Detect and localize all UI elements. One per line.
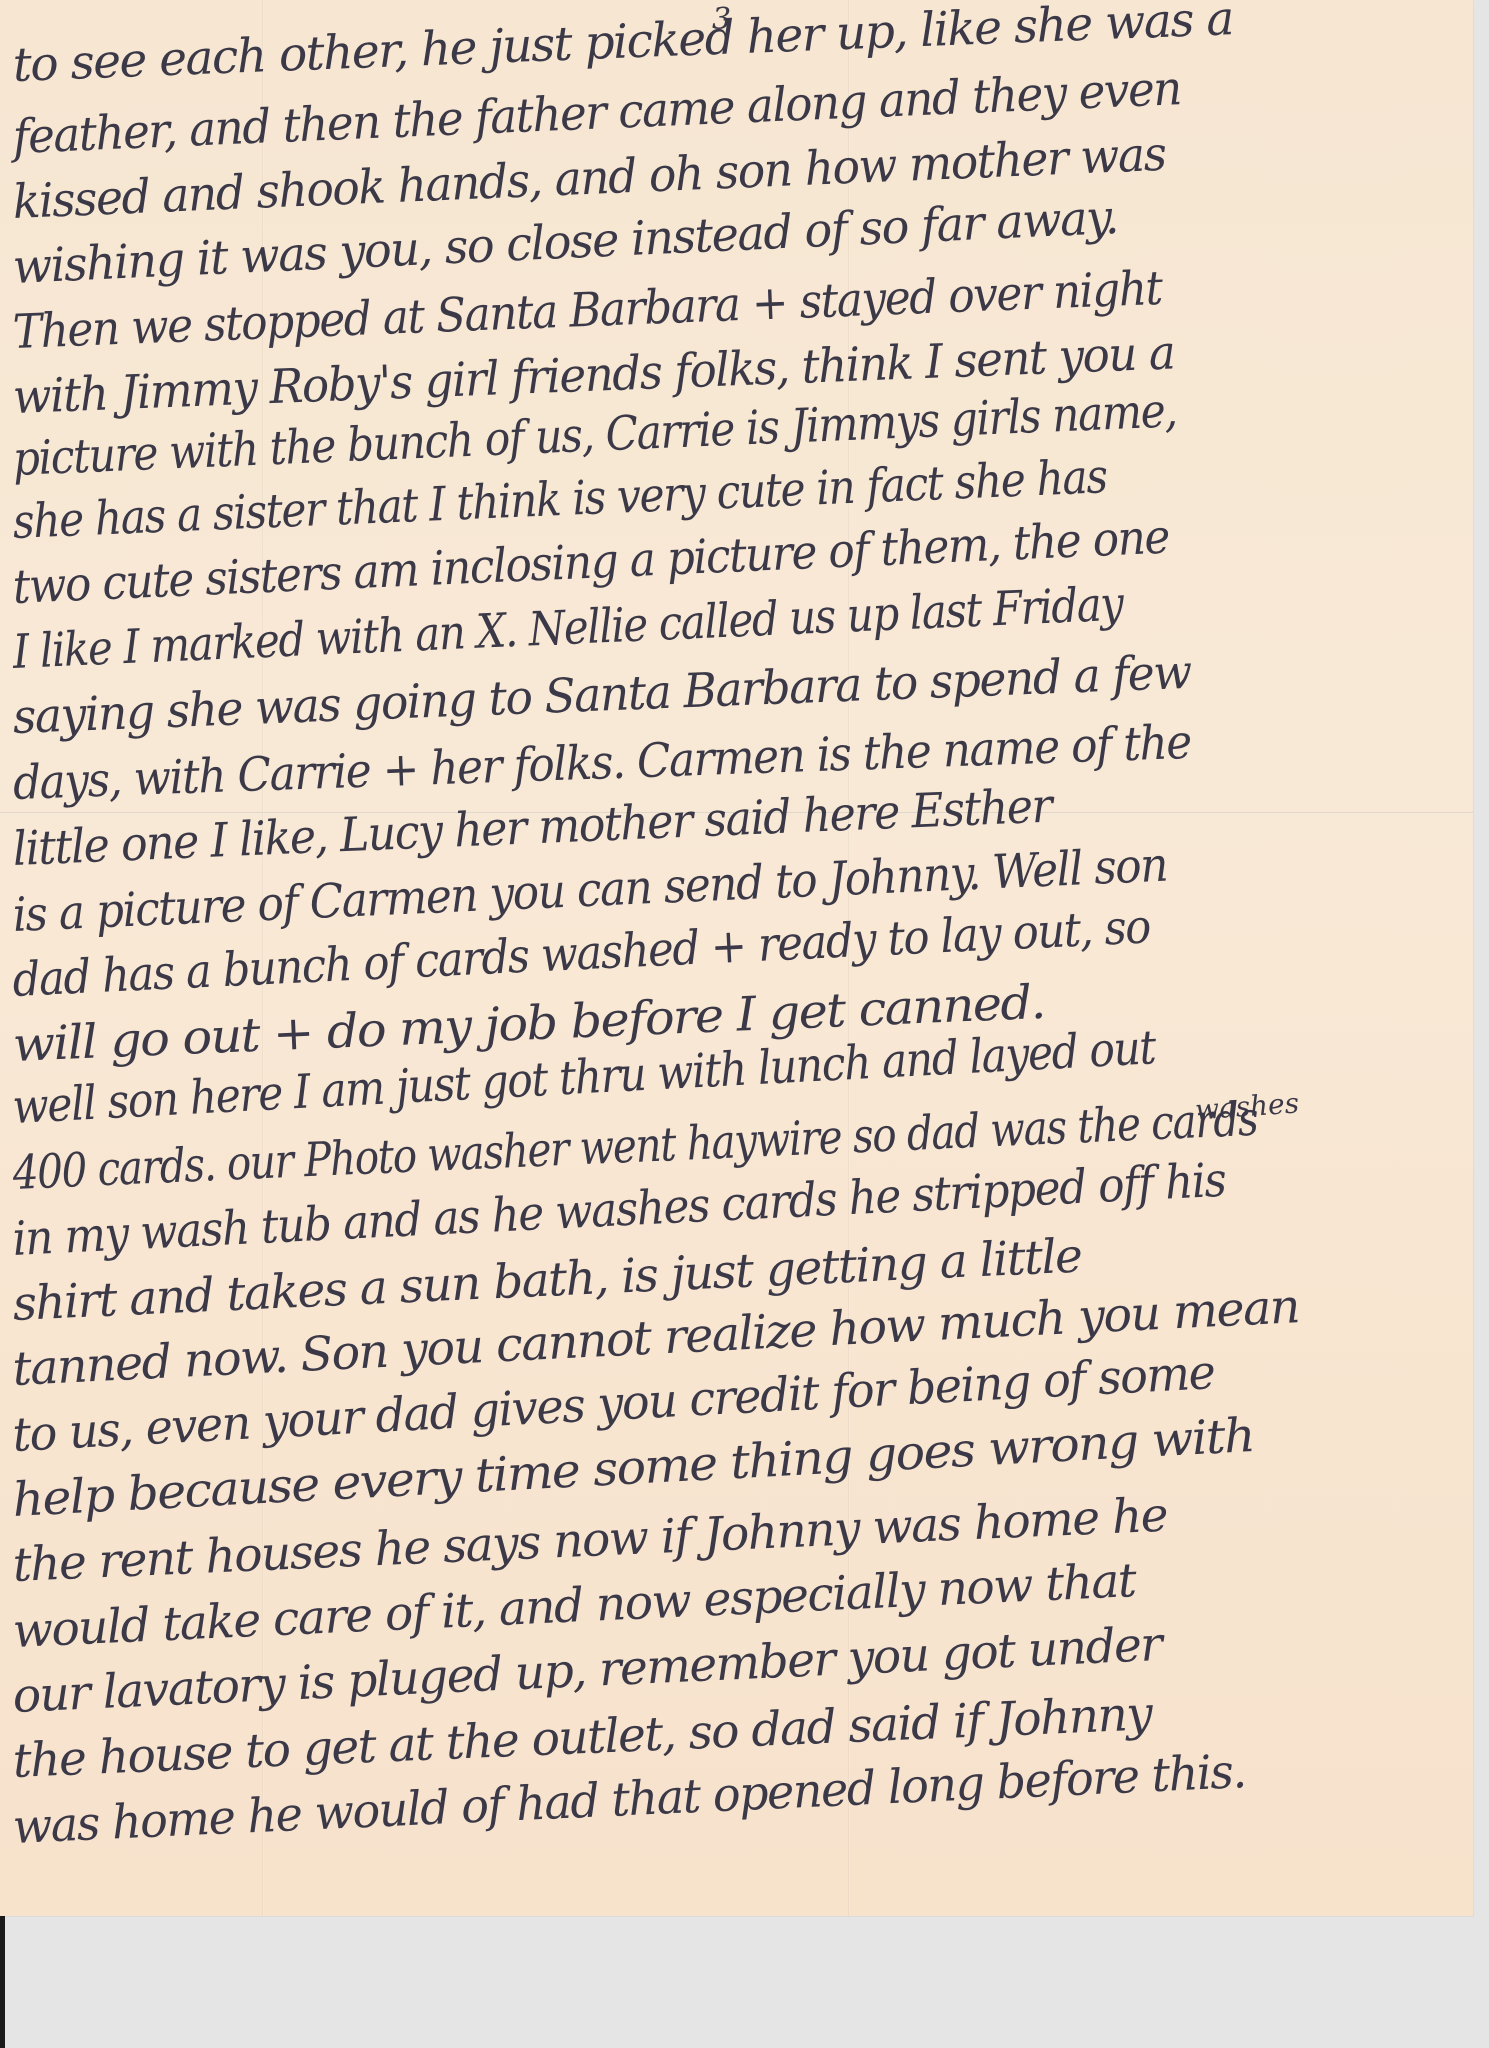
scanner-edge <box>0 1916 5 2048</box>
inserted-correction: washes <box>1194 1086 1300 1126</box>
letter-page: 3 to see each other, he just picked her … <box>0 0 1473 1916</box>
